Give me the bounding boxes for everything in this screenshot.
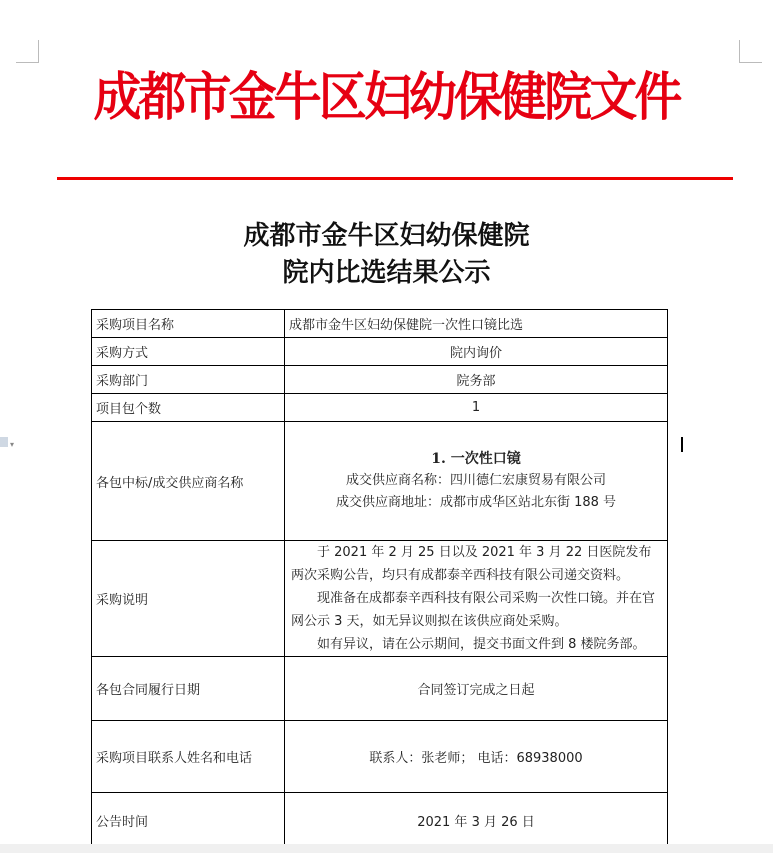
table-row: 采购部门 院务部 [92, 366, 668, 394]
value-cell: 联系人：张老师； 电话：68938000 [285, 721, 668, 793]
description-cell: 于 2021 年 2 月 25 日以及 2021 年 3 月 22 日医院发布两… [285, 541, 668, 657]
supplier-cell: 1. 一次性口镜 成交供应商名称：四川德仁宏康贸易有限公司 成交供应商地址：成都… [285, 422, 668, 541]
value-cell: 院内询价 [285, 338, 668, 366]
label-cell: 采购项目联系人姓名和电话 [92, 721, 285, 793]
value-cell: 合同签订完成之日起 [285, 657, 668, 721]
page-corner-mark-right [739, 40, 762, 63]
label-cell: 采购说明 [92, 541, 285, 657]
supplier-address: 成交供应商地址：成都市成华区站北东街 188 号 [289, 492, 663, 514]
results-table: 采购项目名称 成都市金牛区妇幼保健院一次性口镜比选 采购方式 院内询价 采购部门… [91, 309, 668, 849]
title-line-1: 成都市金牛区妇幼保健院 [0, 218, 773, 255]
table-row: 各包中标/成交供应商名称 1. 一次性口镜 成交供应商名称：四川德仁宏康贸易有限… [92, 422, 668, 541]
red-divider [57, 177, 733, 180]
label-cell: 各包合同履行日期 [92, 657, 285, 721]
text-cursor [681, 437, 683, 452]
table-row: 采购项目名称 成都市金牛区妇幼保健院一次性口镜比选 [92, 310, 668, 338]
value-cell: 成都市金牛区妇幼保健院一次性口镜比选 [285, 310, 668, 338]
table-row: 公告时间 2021 年 3 月 26 日 [92, 793, 668, 849]
package-title: 1. 一次性口镜 [289, 448, 663, 470]
table-row: 采购项目联系人姓名和电话 联系人：张老师； 电话：68938000 [92, 721, 668, 793]
label-cell: 各包中标/成交供应商名称 [92, 422, 285, 541]
table-row: 采购方式 院内询价 [92, 338, 668, 366]
label-cell: 公告时间 [92, 793, 285, 849]
label-cell: 采购部门 [92, 366, 285, 394]
value-cell: 1 [285, 394, 668, 422]
table-row: 采购说明 于 2021 年 2 月 25 日以及 2021 年 3 月 22 日… [92, 541, 668, 657]
document-title: 成都市金牛区妇幼保健院 院内比选结果公示 [0, 218, 773, 292]
bottom-scroll-area[interactable] [0, 844, 773, 853]
label-cell: 采购项目名称 [92, 310, 285, 338]
paragraph: 如有异议，请在公示期间，提交书面文件到 8 楼院务部。 [291, 633, 661, 656]
paragraph: 于 2021 年 2 月 25 日以及 2021 年 3 月 22 日医院发布两… [291, 541, 661, 587]
table-row: 各包合同履行日期 合同签订完成之日起 [92, 657, 668, 721]
table-row: 项目包个数 1 [92, 394, 668, 422]
label-cell: 采购方式 [92, 338, 285, 366]
red-letterhead-title: 成都市金牛区妇幼保健院文件 [31, 55, 742, 130]
supplier-name: 成交供应商名称：四川德仁宏康贸易有限公司 [289, 470, 663, 492]
caret-down-icon[interactable]: ▾ [10, 440, 14, 449]
value-cell: 院务部 [285, 366, 668, 394]
document-icon[interactable] [0, 437, 8, 447]
paragraph: 现准备在成都泰辛西科技有限公司采购一次性口镜。并在官网公示 3 天，如无异议则拟… [291, 587, 661, 633]
label-cell: 项目包个数 [92, 394, 285, 422]
value-cell: 2021 年 3 月 26 日 [285, 793, 668, 849]
title-line-2: 院内比选结果公示 [0, 255, 773, 292]
